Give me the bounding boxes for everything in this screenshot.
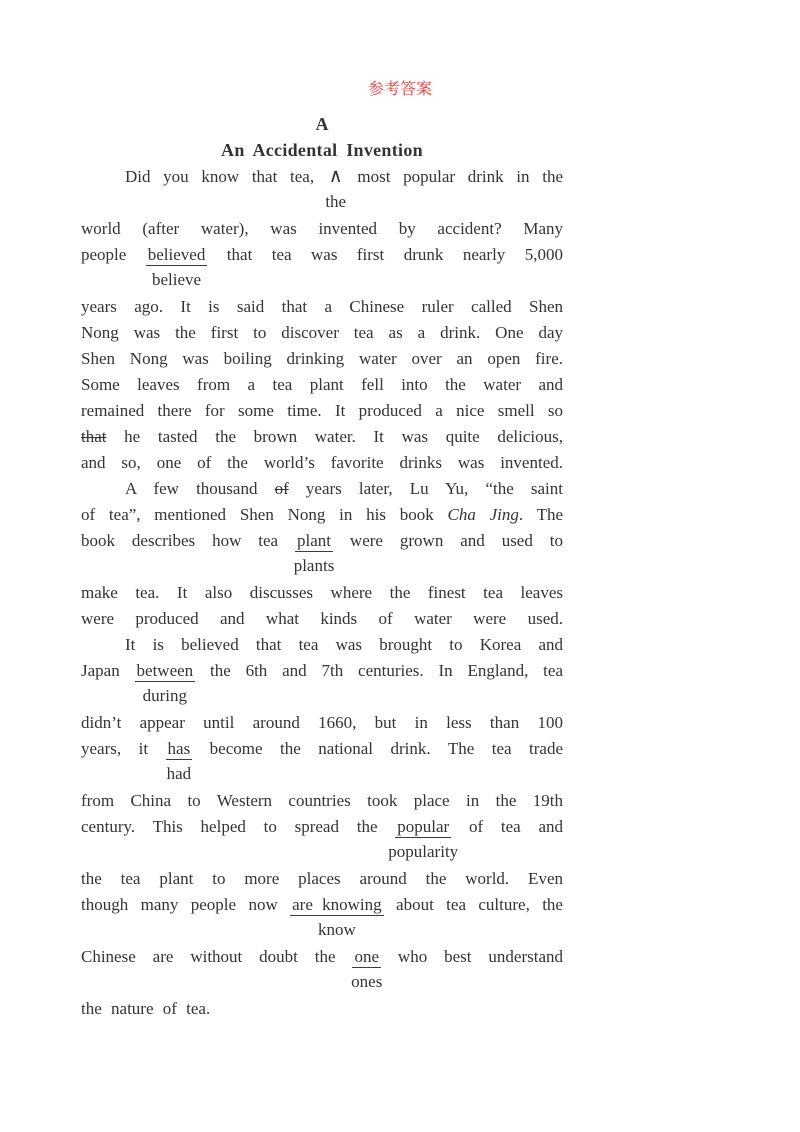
correction-word: ones	[351, 970, 382, 994]
book-title-italic: Cha Jing	[447, 505, 518, 524]
passage-line: Chinese are without doubt the oneones wh…	[81, 944, 563, 970]
passage-line: people believedbelieve that tea was firs…	[81, 242, 563, 268]
passage-line: the tea plant to more places around the …	[81, 866, 563, 892]
correction-group: believedbelieve	[146, 242, 208, 268]
passage-text: from China to Western countries took pla…	[81, 791, 563, 810]
correction-group: popularpopularity	[395, 814, 451, 840]
passage-text: most popular drink in the	[345, 167, 563, 186]
passage-text: It is believed that tea was brought to K…	[125, 635, 563, 654]
passage-line: Did you know that tea, ∧the most popular…	[81, 164, 563, 190]
passage-line: were produced and what kinds of water we…	[81, 606, 563, 632]
correction-group: betweenduring	[135, 658, 196, 684]
correction-word: plants	[294, 554, 335, 578]
passage-line: book describes how tea plantplants were …	[81, 528, 563, 554]
passage-text: of tea”, mentioned Shen Nong in his book	[81, 505, 447, 524]
corrected-word: has	[166, 739, 193, 760]
passage-text: were grown and used to	[333, 531, 563, 550]
section-heading: A	[81, 111, 563, 137]
passage-line: Nong was the first to discover tea as a …	[81, 320, 563, 346]
passage-line: make tea. It also discusses where the fi…	[81, 580, 563, 606]
passage-text: years ago. It is said that a Chinese rul…	[81, 297, 563, 316]
answer-key-label: 参考答案	[0, 79, 800, 101]
passage-text: century. This helped to spread the	[81, 817, 395, 836]
passage-text: years, it	[81, 739, 166, 758]
passage-line: from China to Western countries took pla…	[81, 788, 563, 814]
correction-group: ∧the	[327, 164, 345, 190]
corrected-word: plant	[295, 531, 333, 552]
passage-line: years ago. It is said that a Chinese rul…	[81, 294, 563, 320]
passage-text: didn’t appear until around 1660, but in …	[81, 713, 563, 732]
corrected-word: are knowing	[290, 895, 384, 916]
deleted-word: of	[275, 479, 289, 498]
passage-text: he tasted the brown water. It was quite …	[107, 427, 564, 446]
passage-text: about tea culture, the	[384, 895, 563, 914]
correction-group: oneones	[352, 944, 381, 970]
passage-text: . The	[519, 505, 563, 524]
passage-text: Shen Nong was boiling drinking water ove…	[81, 349, 563, 368]
passage-text: Japan	[81, 661, 135, 680]
passage-text: Some leaves from a tea plant fell into t…	[81, 375, 563, 394]
passage-text: were produced and what kinds of water we…	[81, 609, 563, 628]
passage-line: Shen Nong was boiling drinking water ove…	[81, 346, 563, 372]
passage-text: Did you know that tea,	[125, 167, 327, 186]
passage-line: remained there for some time. It produce…	[81, 398, 563, 424]
passage-text: though many people now	[81, 895, 290, 914]
correction-group: hashad	[166, 736, 193, 762]
passage-line: It is believed that tea was brought to K…	[81, 632, 563, 658]
passage-line: of tea”, mentioned Shen Nong in his book…	[81, 502, 563, 528]
passage-text: that tea was first drunk nearly 5,000	[207, 245, 563, 264]
correction-word: believe	[152, 268, 201, 292]
passage-text: the 6th and 7th centuries. In England, t…	[195, 661, 563, 680]
passage-text: remained there for some time. It produce…	[81, 401, 563, 420]
passage-text: Nong was the first to discover tea as a …	[81, 323, 563, 342]
correction-word: know	[318, 918, 356, 942]
passage-text: of tea and	[451, 817, 563, 836]
document-page: 参考答案 A An Accidental Invention Did you k…	[0, 0, 800, 1132]
corrected-word: one	[352, 947, 381, 968]
passage-text: and so, one of the world’s favorite drin…	[81, 453, 563, 472]
passage-text: the tea plant to more places around the …	[81, 869, 563, 888]
passage-text: A few thousand	[125, 479, 275, 498]
correction-group: plantplants	[295, 528, 333, 554]
passage-text: who best understand	[381, 947, 563, 966]
passage-text: become the national drink. The tea trade	[192, 739, 563, 758]
passage-body: Did you know that tea, ∧the most popular…	[81, 164, 563, 1022]
correction-word: had	[167, 762, 192, 786]
passage-line: Some leaves from a tea plant fell into t…	[81, 372, 563, 398]
passage-title: An Accidental Invention	[81, 137, 563, 163]
corrected-word: between	[135, 661, 196, 682]
passage-text: years later, Lu Yu, “the saint	[289, 479, 563, 498]
correction-group: are knowingknow	[290, 892, 384, 918]
passage-line: world (after water), was invented by acc…	[81, 216, 563, 242]
passage-text: world (after water), was invented by acc…	[81, 219, 563, 238]
passage-text: make tea. It also discusses where the fi…	[81, 583, 563, 602]
passage-line: Japan betweenduring the 6th and 7th cent…	[81, 658, 563, 684]
passage-text: the nature of tea.	[81, 999, 210, 1018]
deleted-word: that	[81, 427, 107, 446]
corrected-word: popular	[395, 817, 451, 838]
passage-column: A An Accidental Invention Did you know t…	[81, 111, 563, 1022]
correction-word: during	[143, 684, 187, 708]
correction-word: popularity	[388, 840, 458, 864]
passage-line: A few thousand of years later, Lu Yu, “t…	[81, 476, 563, 502]
passage-text: book describes how tea	[81, 531, 295, 550]
corrected-word: believed	[146, 245, 208, 266]
passage-line: that he tasted the brown water. It was q…	[81, 424, 563, 450]
passage-text: people	[81, 245, 146, 264]
passage-line: the nature of tea.	[81, 996, 563, 1022]
passage-line: century. This helped to spread the popul…	[81, 814, 563, 840]
passage-line: years, it hashad become the national dri…	[81, 736, 563, 762]
passage-line: didn’t appear until around 1660, but in …	[81, 710, 563, 736]
insertion-caret-icon: ∧	[327, 166, 345, 187]
correction-word: the	[325, 190, 346, 214]
passage-text: Chinese are without doubt the	[81, 947, 352, 966]
passage-line: and so, one of the world’s favorite drin…	[81, 450, 563, 476]
passage-line: though many people now are knowingknow a…	[81, 892, 563, 918]
